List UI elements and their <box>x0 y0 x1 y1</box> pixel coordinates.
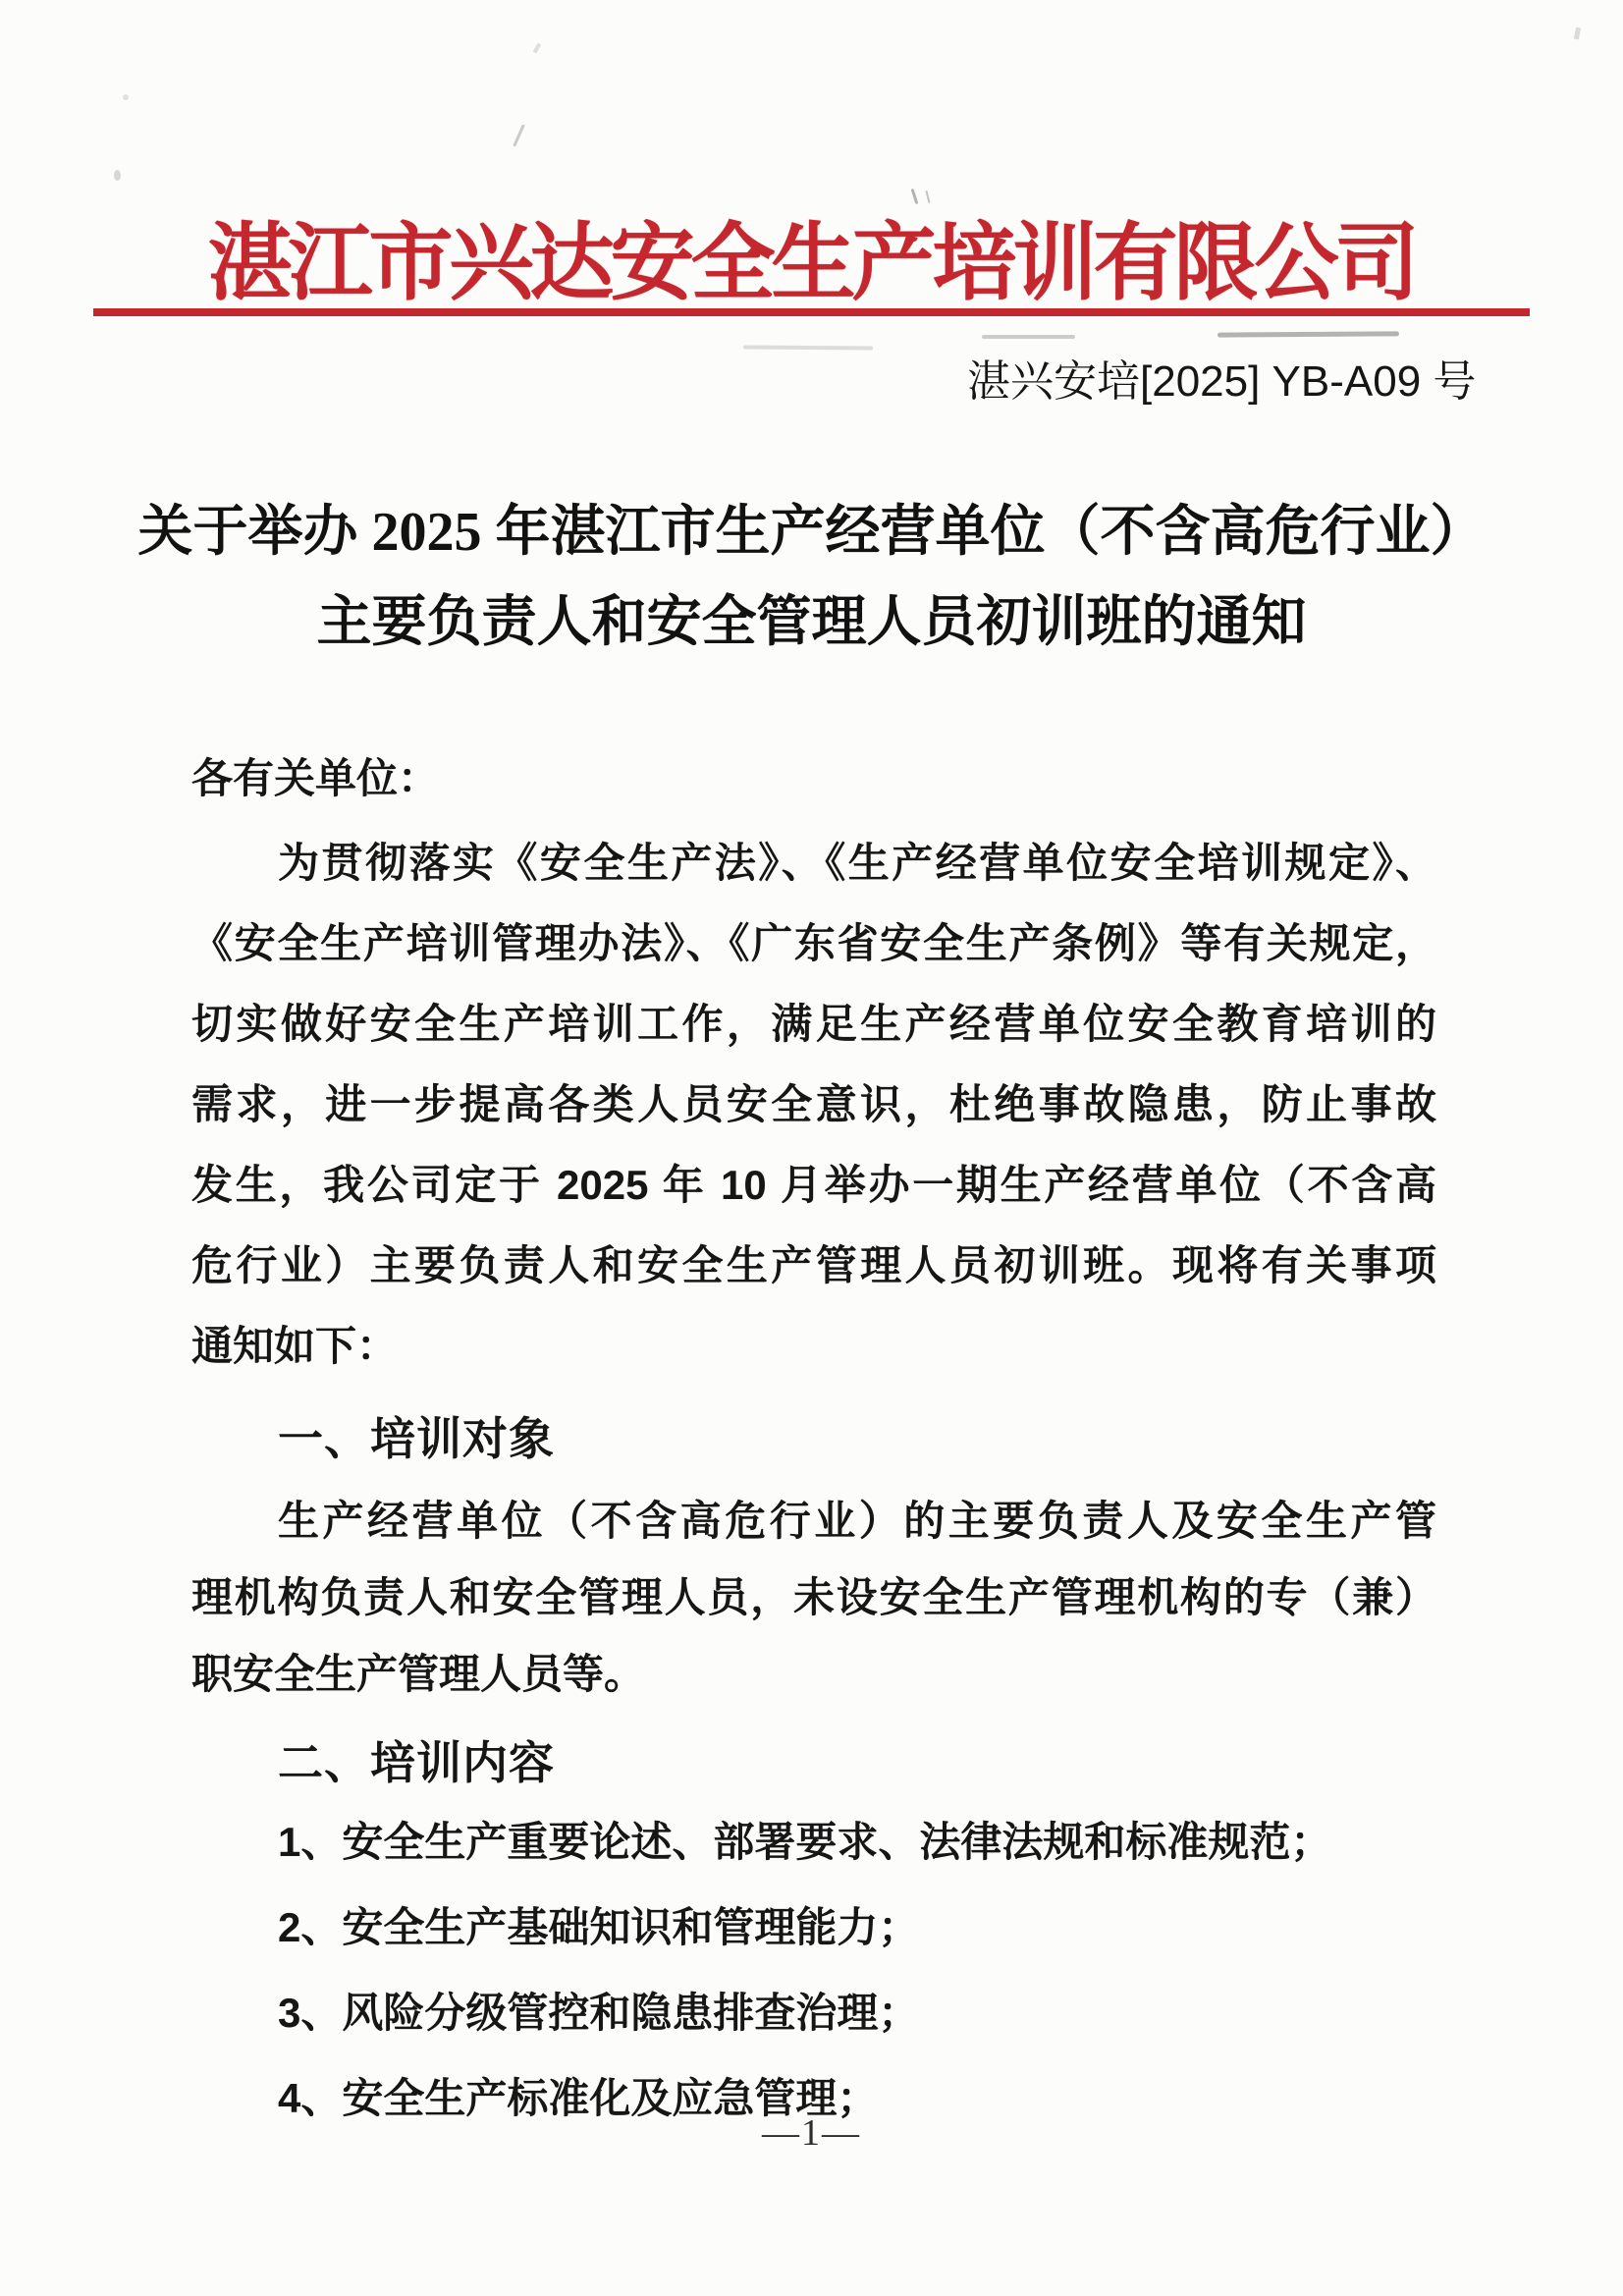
scan-artifact <box>982 335 1075 339</box>
letterhead-divider <box>93 308 1530 316</box>
scan-artifact <box>743 345 873 350</box>
intro-paragraph: 为贯彻落实《安全生产法》、《生产经营单位安全培训规定》、 《安全生产培训管理办法… <box>191 823 1436 1387</box>
body-line: 通知如下： <box>191 1306 1436 1387</box>
body-line: 发生，我公司定于 2025 年 10 月举办一期生产经营单位（不含高 <box>191 1145 1436 1226</box>
scan-artifact <box>513 124 525 146</box>
scan-artifact <box>533 43 541 54</box>
list-item: 3、风险分级管控和隐患排查治理； <box>191 1970 1436 2055</box>
document-number: 湛兴安培[2025] YB-A09 号 <box>967 346 1476 409</box>
scan-artifact <box>1217 331 1399 337</box>
body-line: 需求，进一步提高各类人员安全意识，杜绝事故隐患，防止事故 <box>191 1065 1436 1145</box>
body-line: 生产经营单位（不含高危行业）的主要负责人及安全生产管 <box>191 1483 1436 1559</box>
training-content-list: 1、安全生产重要论述、部署要求、法律法规和标准规范； 2、安全生产基础知识和管理… <box>191 1799 1436 2141</box>
section-2: 二、培训内容 <box>191 1722 1436 1803</box>
notice-title-line2: 主要负责人和安全管理人员初训班的通知 <box>93 577 1530 668</box>
notice-title: 关于举办 2025 年湛江市生产经营单位（不含高危行业） 主要负责人和安全管理人… <box>93 487 1530 668</box>
salutation-block: 各有关单位： <box>191 738 1436 819</box>
scan-artifact <box>123 94 129 100</box>
body-line: 职安全生产管理人员等。 <box>191 1636 1436 1713</box>
list-item: 2、安全生产基础知识和管理能力； <box>191 1885 1436 1970</box>
page-number: —1— <box>0 2111 1623 2155</box>
salutation: 各有关单位： <box>191 738 1436 819</box>
body-line: 理机构负责人和安全管理人员，未设安全生产管理机构的专（兼） <box>191 1559 1436 1636</box>
document-page: 湛江市兴达安全生产培训有限公司 湛兴安培[2025] YB-A09 号 关于举办… <box>0 0 1623 2296</box>
body-line: 切实做好安全生产培训工作，满足生产经营单位安全教育培训的 <box>191 984 1436 1065</box>
section-heading: 二、培训内容 <box>191 1722 1436 1803</box>
section-1: 一、培训对象 <box>191 1398 1436 1479</box>
company-name: 湛江市兴达安全生产培训有限公司 <box>93 194 1530 316</box>
section-1-paragraph: 生产经营单位（不含高危行业）的主要负责人及安全生产管 理机构负责人和安全管理人员… <box>191 1483 1436 1713</box>
scan-artifact <box>114 170 121 181</box>
scan-artifact <box>1574 27 1581 40</box>
body-line: 危行业）主要负责人和安全生产管理人员初训班。现将有关事项 <box>191 1226 1436 1306</box>
section-heading: 一、培训对象 <box>191 1398 1436 1479</box>
body-line: 为贯彻落实《安全生产法》、《生产经营单位安全培训规定》、 <box>191 823 1436 903</box>
body-line: 《安全生产培训管理办法》、《广东省安全生产条例》等有关规定， <box>191 903 1436 984</box>
list-item: 1、安全生产重要论述、部署要求、法律法规和标准规范； <box>191 1799 1436 1885</box>
notice-title-line1: 关于举办 2025 年湛江市生产经营单位（不含高危行业） <box>93 487 1530 577</box>
